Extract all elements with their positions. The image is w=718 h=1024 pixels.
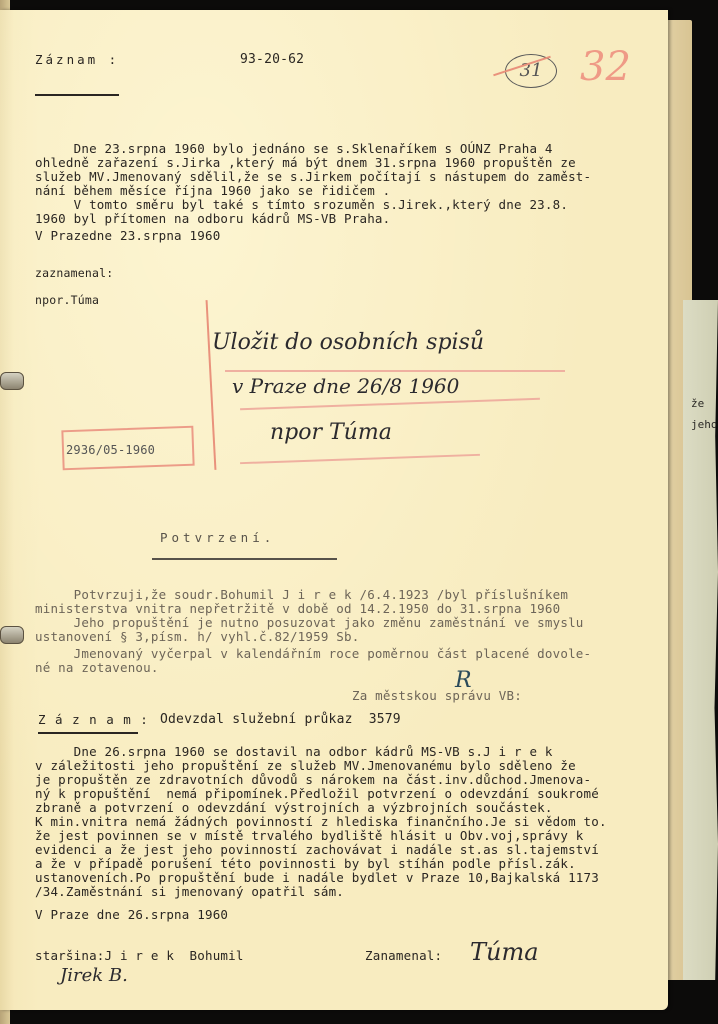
- record2-subject: Odevzdal služební průkaz 3579: [160, 712, 401, 727]
- record2-label: Z á z n a m :: [38, 712, 149, 727]
- text-line: v záležitosti jeho propuštění ze služeb …: [35, 758, 576, 773]
- text-line: ný k propuštění nemá připomínek.Předloži…: [35, 786, 599, 801]
- handwritten-note-line2: v Praze dne 26/8 1960: [232, 374, 459, 398]
- text-line: ustanovení § 3,písm. h/ vyhl.č.82/1959 S…: [35, 629, 359, 644]
- recorded-label: zaznamenal:: [35, 266, 113, 280]
- recorded-by: npor.Túma: [35, 293, 99, 307]
- confirmation-signatory: Za městskou správu VB:: [352, 688, 522, 703]
- text-line: ustanoveních.Po propuštění bude i nadále…: [35, 870, 599, 885]
- text-line: Jeho propuštění je nutno posuzovat jako …: [35, 615, 584, 630]
- red-pencil-bracket: [206, 300, 217, 470]
- record2-place-date: V Praze dne 26.srpna 1960: [35, 907, 228, 922]
- text-line: /34.Zaměstnání si jmenovaný opatřil sám.: [35, 884, 344, 899]
- handwritten-note-line1: Uložit do osobních spisů: [212, 330, 484, 355]
- text-line: nání během měsíce října 1960 jako se řid…: [35, 183, 390, 198]
- text-line: zbraně a potvrzení o odevzdání výstrojní…: [35, 800, 553, 815]
- title-underline: [152, 558, 337, 560]
- heading-underline: [35, 94, 119, 96]
- document-page: Záznam : 93-20-62 31 32 Dne 23.srpna 196…: [0, 10, 668, 1010]
- person-signature: Jirek B.: [60, 965, 128, 986]
- circled-page-number: 31: [505, 54, 557, 88]
- recorder-label: Zanamenal:: [365, 948, 442, 963]
- red-pencil-underline: [240, 398, 540, 410]
- handwritten-signature: npor Túma: [270, 420, 392, 445]
- red-pencil-underline: [225, 370, 565, 372]
- red-page-number: 32: [580, 44, 631, 90]
- text-line: V tomto směru byl také s tímto srozuměn …: [35, 197, 568, 212]
- red-pencil-underline: [240, 454, 480, 464]
- peek-text: jeho: [691, 418, 718, 431]
- text-line: né na zotavenou.: [35, 660, 159, 675]
- text-line: Dne 23.srpna 1960 bylo jednáno se s.Skle…: [35, 141, 553, 156]
- binder-ring: [0, 626, 24, 644]
- reference-number: 93-20-62: [240, 52, 304, 67]
- text-line: evidenci a že jest jeho povinností zacho…: [35, 842, 599, 857]
- text-line: je propuštěn ze zdravotních důvodů s nár…: [35, 772, 591, 787]
- text-line: a že v případě porušení této povinnosti …: [35, 856, 576, 871]
- peek-text: že: [691, 397, 704, 410]
- binder-ring: [0, 372, 24, 390]
- record-heading: Záznam :: [35, 52, 119, 67]
- text-line: služeb MV.Jmenovaný sdělil,že se s.Jirke…: [35, 169, 591, 184]
- recorder-signature: Túma: [470, 938, 539, 966]
- text-line: Jmenovaný vyčerpal v kalendářním roce po…: [35, 646, 591, 661]
- record2-label-underline: [38, 732, 138, 734]
- confirmation-title: Potvrzení.: [160, 530, 275, 545]
- text-line: Dne 26.srpna 1960 se dostavil na odbor k…: [35, 744, 553, 759]
- place-date: V Prazedne 23.srpna 1960: [35, 228, 220, 243]
- person-label: staršina:J i r e k Bohumil: [35, 948, 244, 963]
- text-line: ohledně zařazení s.Jirka ,který má být d…: [35, 155, 576, 170]
- text-line: že jest povinnen se v místě trvalého byd…: [35, 828, 584, 843]
- text-line: ministerstva vnitra nepřetržitě v době o…: [35, 601, 560, 616]
- underlying-page-tab: že jeho: [683, 300, 718, 980]
- text-line: 1960 byl přítomen na odboru kádrů MS-VB …: [35, 211, 390, 226]
- text-line: Potvrzuji,že soudr.Bohumil J i r e k /6.…: [35, 587, 568, 602]
- text-line: K min.vnitra nemá žádných povinností z h…: [35, 814, 607, 829]
- registry-number: 2936/05-1960: [66, 443, 155, 457]
